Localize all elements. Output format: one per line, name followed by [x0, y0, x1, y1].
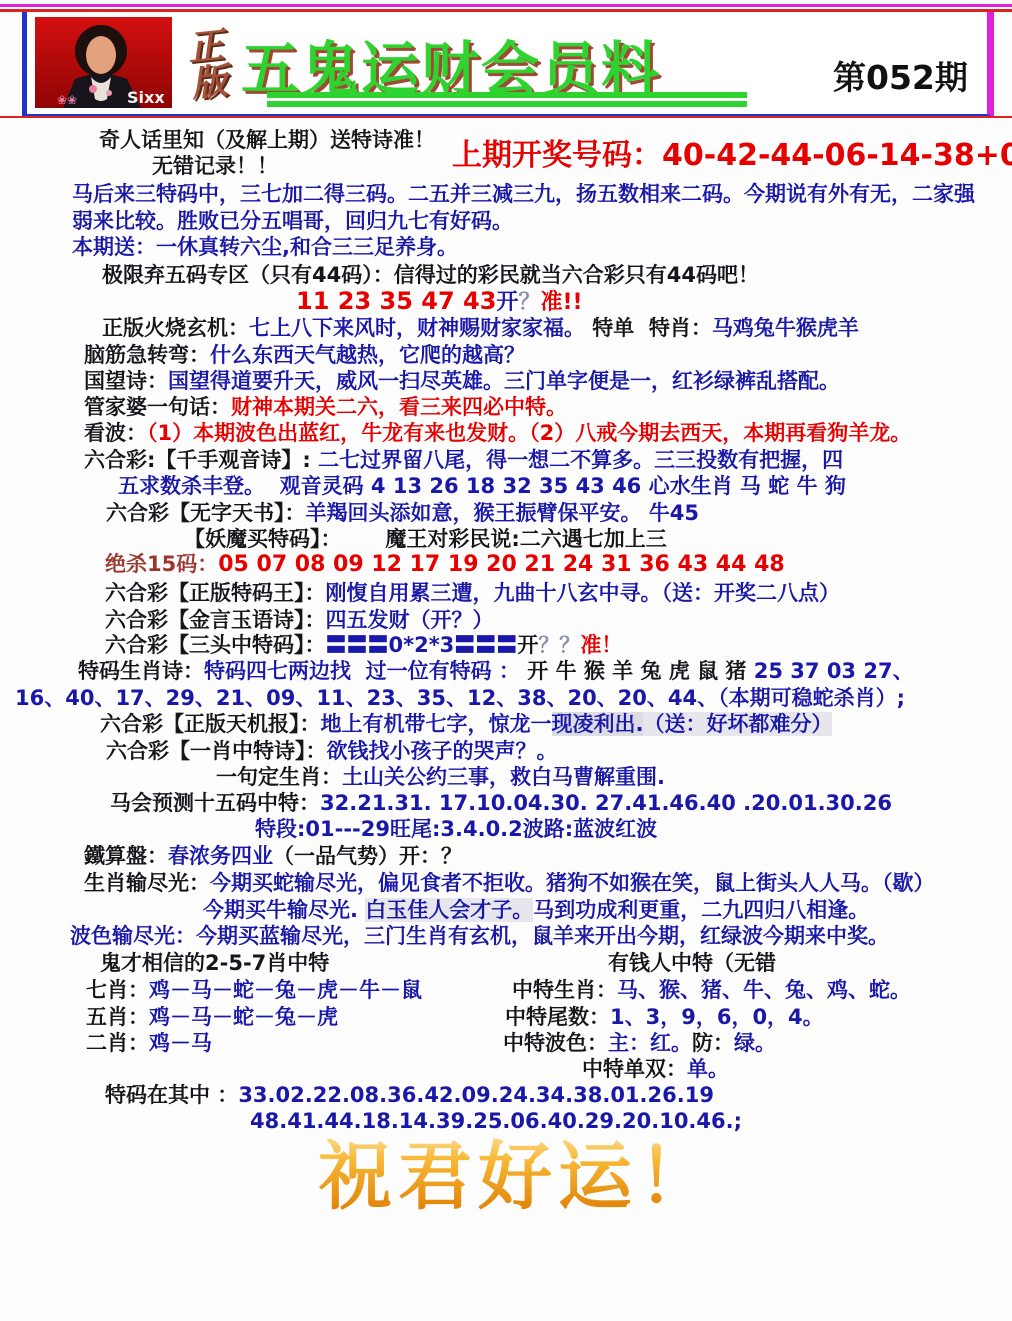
text-segment: 特单 特肖：: [585, 316, 712, 340]
text-line: 16、40、17、29、21、09、11、23、35、12、38、20、20、4…: [15, 685, 905, 711]
text-segment: 33.02.22.08.36.42.09.24.34.38.01.26.19: [238, 1083, 714, 1107]
text-line: 六合彩【三头中特码】：〓〓〓0*2*3〓〓〓开？？准！: [105, 632, 622, 658]
text-segment: 地上有机带七字，惊龙一: [321, 712, 552, 736]
issue-number: 第052期: [833, 52, 968, 99]
text-line: 六合彩【一肖中特诗】：欲钱找小孩子的哭声？。: [106, 738, 558, 764]
text-segment: 六合彩:【千手观音诗】:: [84, 448, 318, 472]
text-segment: 鸡－马－蛇－兔－虎: [149, 1005, 338, 1029]
text-segment: 现凌利出.: [552, 712, 644, 736]
text-line: 特码在其中 ：33.02.22.08.36.42.09.24.34.38.01.…: [105, 1082, 714, 1108]
text-line: 看波：（1）本期波色出蓝红，牛龙有来也发财。（2）八戒今期去西天，本期再看狗羊龙…: [84, 420, 911, 446]
text-segment: 极限弃五码专区（只有44码）：: [102, 263, 394, 287]
text-segment: 六合彩【正版特码王】：: [105, 581, 326, 605]
text-segment: 绿。: [734, 1031, 776, 1055]
text-line: 生肖输尽光：今期买蛇输尽光，偏见食者不拒收。猪狗不如猴在笑，鼠上街头人人马。（歇…: [84, 870, 935, 896]
text-segment: 中特生肖：: [512, 978, 617, 1002]
text-segment: 马到功成利更重，二九四归八相逢。: [533, 898, 869, 922]
text-segment: 五肖：: [86, 1005, 149, 1029]
text-segment: 中特单双：: [582, 1057, 687, 1081]
text-line: 特段:01---29旺尾:3.4.0.2波路:蓝波红波: [255, 816, 657, 842]
text-line: 管家婆一句话：财神本期关二六，看三来四必中特。: [84, 394, 567, 420]
text-segment: ？: [518, 290, 540, 315]
text-segment: 弱来比较。胜败已分五唱哥，回归九七有好码。: [72, 209, 513, 233]
photo-watermark-pink: ❀❀: [57, 93, 77, 107]
text-line: 中特生肖：马、猴、猪、牛、兔、鸡、蛇。: [512, 977, 911, 1003]
text-line: 中特单双：单。: [582, 1056, 729, 1082]
text-segment: 本期送：: [72, 235, 156, 259]
text-segment: 今期买蓝输尽光，三门生肖有玄机，鼠羊来开出今期，红绿波今期来中奖。: [196, 924, 889, 948]
text-segment: 无错记录！！: [152, 154, 278, 178]
text-segment: 什么东西天气越热，它爬的越高？: [210, 343, 525, 367]
text-segment: 刚愎自用累三遭，九曲十八玄中寻。（送：开奖二八点）: [326, 581, 841, 605]
text-segment: 国望诗：: [84, 369, 168, 393]
text-segment: 有钱人中特（无错: [608, 951, 776, 975]
previous-draw-announcement: 上期开奖号码：40-42-44-06-14-38+01: [452, 130, 1012, 174]
text-segment: 财神本期关二六，看三来四必中特。: [231, 395, 567, 419]
text-segment: 特码生肖诗：: [78, 659, 204, 683]
text-line: 奇人话里知（及解上期）送特诗准！: [99, 127, 435, 153]
text-segment: 25 37 03 27、: [754, 659, 914, 683]
text-segment: 防：: [692, 1031, 734, 1055]
text-line: 鐵算盤：春浓务四业（一品气势）开：？: [84, 843, 462, 869]
text-line: 弱来比较。胜败已分五唱哥，回归九七有好码。: [72, 208, 513, 234]
text-segment: 二肖：: [86, 1031, 149, 1055]
text-segment: 土山关公约三事，救白马曹解重围.: [342, 765, 665, 789]
text-segment: 鐵算盤：: [84, 844, 168, 868]
text-segment: 鸡－马－蛇－兔－虎－牛－鼠: [149, 978, 422, 1002]
text-segment: 春浓务四业: [168, 844, 273, 868]
text-segment: 管家婆一句话：: [84, 395, 231, 419]
top-magenta-rule: [0, 4, 1012, 7]
text-segment: 【妖魔买特码】： 魔王对彩民说:二六遇七加上三: [184, 527, 667, 551]
text-segment: 五求数杀丰登。 观音灵码 4 13 26 18 32 35 43 46 心水生肖…: [118, 474, 846, 498]
text-segment: 七肖：: [86, 978, 149, 1002]
text-line: 七肖：鸡－马－蛇－兔－虎－牛－鼠: [86, 977, 422, 1003]
text-line: 无错记录！！: [152, 153, 278, 179]
text-segment: 1、3，9，6，0，4。: [610, 1005, 824, 1029]
text-line: 今期买牛输尽光. 白玉佳人会才子。马到功成利更重，二九四归八相逢。: [203, 897, 869, 923]
text-segment: 绝杀15码：: [105, 552, 218, 576]
text-segment: 单。: [687, 1057, 729, 1081]
text-segment: 一句定生肖：: [216, 765, 342, 789]
photo-watermark: Sixx: [127, 88, 165, 107]
text-segment: 信得过的彩民就当六合彩只有44码吧！: [394, 263, 759, 287]
text-line: 六合彩:【千手观音诗】: 二七过界留八尾，得一想二不算多。三三投数有把握，四: [84, 447, 843, 473]
text-segment: 开: [517, 633, 538, 657]
text-segment: 欲钱找小孩子的哭声？。: [327, 739, 558, 763]
text-segment: 准！: [580, 633, 622, 657]
text-segment: 马、猴、猪、牛、兔、鸡、蛇。: [617, 978, 911, 1002]
text-segment: 今期买蛇输尽光，偏见食者不拒收。猪狗不如猴在笑，鼠上街头人人马。（歇）: [210, 871, 935, 895]
text-segment: 开 牛 猴 羊 兔 虎 鼠 猪: [527, 659, 754, 683]
title-underline: [267, 92, 747, 98]
text-segment: 一休真转六尘,和合三三足养身。: [156, 235, 458, 259]
header-banner: Sixx ❀❀ 正版 五鬼运财会员料 第052期: [22, 12, 994, 117]
text-segment: 国望得道要升天，威风一扫尽英雄。三门单字便是一，红衫绿裤乱搭配。: [168, 369, 840, 393]
text-segment: 六合彩【无字天书】：: [106, 501, 306, 525]
text-line: 六合彩【无字天书】：羊羯回头添如意，猴王振臂保平安。 牛45: [106, 500, 699, 526]
text-segment: 今期买牛输尽光.: [203, 898, 365, 922]
text-segment: 正版火烧玄机：: [102, 316, 249, 340]
text-line: 一句定生肖：土山关公约三事，救白马曹解重围.: [216, 764, 665, 790]
collar-flower: [89, 85, 97, 93]
text-line: 11 23 35 47 43开？准!!: [296, 288, 583, 316]
text-segment: 开: [496, 290, 518, 315]
member-photo: Sixx ❀❀: [35, 17, 172, 108]
text-segment: 特段:01---29旺尾:3.4.0.2波路:蓝波红波: [255, 817, 657, 841]
text-segment: 05 07 08 09 12 17 19 20 21 24 31 36 43 4…: [218, 552, 784, 577]
text-segment: 白玉佳人会才子。: [365, 898, 533, 922]
text-segment: 六合彩【金言玉语诗】：: [105, 608, 326, 632]
text-line: 【妖魔买特码】： 魔王对彩民说:二六遇七加上三: [184, 526, 667, 552]
text-line: 波色输尽光：今期买蓝输尽光，三门生肖有玄机，鼠羊来开出今期，红绿波今期来中奖。: [70, 923, 889, 949]
text-segment: ？？: [538, 633, 580, 657]
text-segment: 六合彩【三头中特码】：: [105, 633, 326, 657]
blessing-text: 祝君好运！: [318, 1118, 718, 1224]
text-segment: （送：好坏都难分）: [643, 712, 832, 736]
text-line: 绝杀15码：05 07 08 09 12 17 19 20 21 24 31 3…: [105, 551, 785, 578]
text-segment: 马后来三特码中，三七加二得三码。二五并三减三九，扬五数相来二码。今期说有外有无，…: [72, 182, 975, 206]
text-line: 鬼才相信的2-5-7肖中特: [100, 950, 329, 976]
text-line: 马会预测十五码中特：32.21.31. 17.10.04.30. 27.41.4…: [110, 790, 892, 816]
text-line: 极限弃五码专区（只有44码）：信得过的彩民就当六合彩只有44码吧！: [102, 262, 759, 288]
text-line: 五求数杀丰登。 观音灵码 4 13 26 18 32 35 43 46 心水生肖…: [118, 473, 846, 499]
text-segment: 32.21.31. 17.10.04.30. 27.41.46.40 .20.0…: [320, 791, 892, 815]
header-bottom-red-rule: [0, 116, 1012, 118]
text-segment: 准!!: [540, 290, 582, 315]
text-line: 六合彩【正版天机报】：地上有机带七字，惊龙一现凌利出.（送：好坏都难分）: [100, 711, 832, 737]
text-line: 马后来三特码中，三七加二得三码。二五并三减三九，扬五数相来二码。今期说有外有无，…: [72, 181, 975, 207]
text-segment: 鸡－马: [149, 1031, 212, 1055]
text-segment: 六合彩【正版天机报】：: [100, 712, 321, 736]
tip-sheet-page: Sixx ❀❀ 正版 五鬼运财会员料 第052期 上期开奖号码：40-42-44…: [0, 0, 1012, 1321]
text-segment: 中特波色：: [503, 1031, 608, 1055]
text-segment: 特码在其中 ：: [105, 1083, 238, 1107]
text-segment: 羊羯回头添如意，猴王振臂保平安。 牛45: [306, 501, 700, 525]
text-segment: 11 23 35 47 43: [296, 287, 496, 315]
text-line: 中特尾数：1、3，9，6，0，4。: [505, 1004, 824, 1030]
text-segment: 主：红。: [608, 1031, 692, 1055]
previous-draw-label: 上期开奖号码：: [452, 138, 662, 173]
title-underline: [267, 101, 747, 107]
text-segment: 六合彩【一肖中特诗】：: [106, 739, 327, 763]
text-segment: 脑筋急转弯：: [84, 343, 210, 367]
previous-draw-numbers: 40-42-44-06-14-38+01: [662, 138, 1012, 173]
text-line: 中特波色：主：红。防：绿。: [503, 1030, 776, 1056]
text-line: 正版火烧玄机：七上八下来风时，财神赐财家家福。 特单 特肖：马鸡兔牛猴虎羊: [102, 315, 859, 341]
text-line: 二肖：鸡－马: [86, 1030, 212, 1056]
text-segment: 生肖输尽光：: [84, 871, 210, 895]
text-line: 六合彩【金言玉语诗】：四五发财（开？）: [105, 607, 494, 633]
text-segment: 鬼才相信的2-5-7肖中特: [100, 951, 329, 975]
text-segment: 〓〓〓0*2*3〓〓〓: [326, 633, 518, 657]
text-segment: （一品气势）开：？: [273, 844, 462, 868]
text-segment: （1）本期波色出蓝红，牛龙有来也发财。（2）八戒今期去西天，本期再看狗羊龙。: [147, 421, 911, 445]
text-segment: 马鸡兔牛猴虎羊: [712, 316, 859, 340]
text-segment: 波色输尽光：: [70, 924, 196, 948]
text-segment: 特码四七两边找 过一位有特码 ：: [204, 659, 527, 683]
collar-flower: [106, 90, 112, 96]
portrait-face: [86, 36, 116, 74]
text-line: 五肖：鸡－马－蛇－兔－虎: [86, 1004, 338, 1030]
text-line: 特码生肖诗：特码四七两边找 过一位有特码 ： 开 牛 猴 羊 兔 虎 鼠 猪 2…: [78, 658, 914, 684]
text-segment: 16、40、17、29、21、09、11、23、35、12、38、20、20、4…: [15, 686, 905, 710]
text-line: 国望诗：国望得道要升天，威风一扫尽英雄。三门单字便是一，红衫绿裤乱搭配。: [84, 368, 840, 394]
text-segment: 二七过界留八尾，得一想二不算多。三三投数有把握，四: [318, 448, 843, 472]
edition-label: 正版: [173, 26, 224, 102]
text-line: 六合彩【正版特码王】：刚愎自用累三遭，九曲十八玄中寻。（送：开奖二八点）: [105, 580, 840, 606]
text-segment: 七上八下来风时，财神赐财家家福。: [249, 316, 585, 340]
text-line: 有钱人中特（无错: [608, 950, 776, 976]
text-line: 本期送：一休真转六尘,和合三三足养身。: [72, 234, 458, 260]
text-line: 脑筋急转弯：什么东西天气越热，它爬的越高？: [84, 342, 525, 368]
text-segment: 中特尾数：: [505, 1005, 610, 1029]
text-segment: 奇人话里知（及解上期）送特诗准！: [99, 128, 435, 152]
text-segment: 马会预测十五码中特：: [110, 791, 320, 815]
text-segment: 看波：: [84, 421, 147, 445]
text-segment: 四五发财（开？）: [326, 608, 494, 632]
